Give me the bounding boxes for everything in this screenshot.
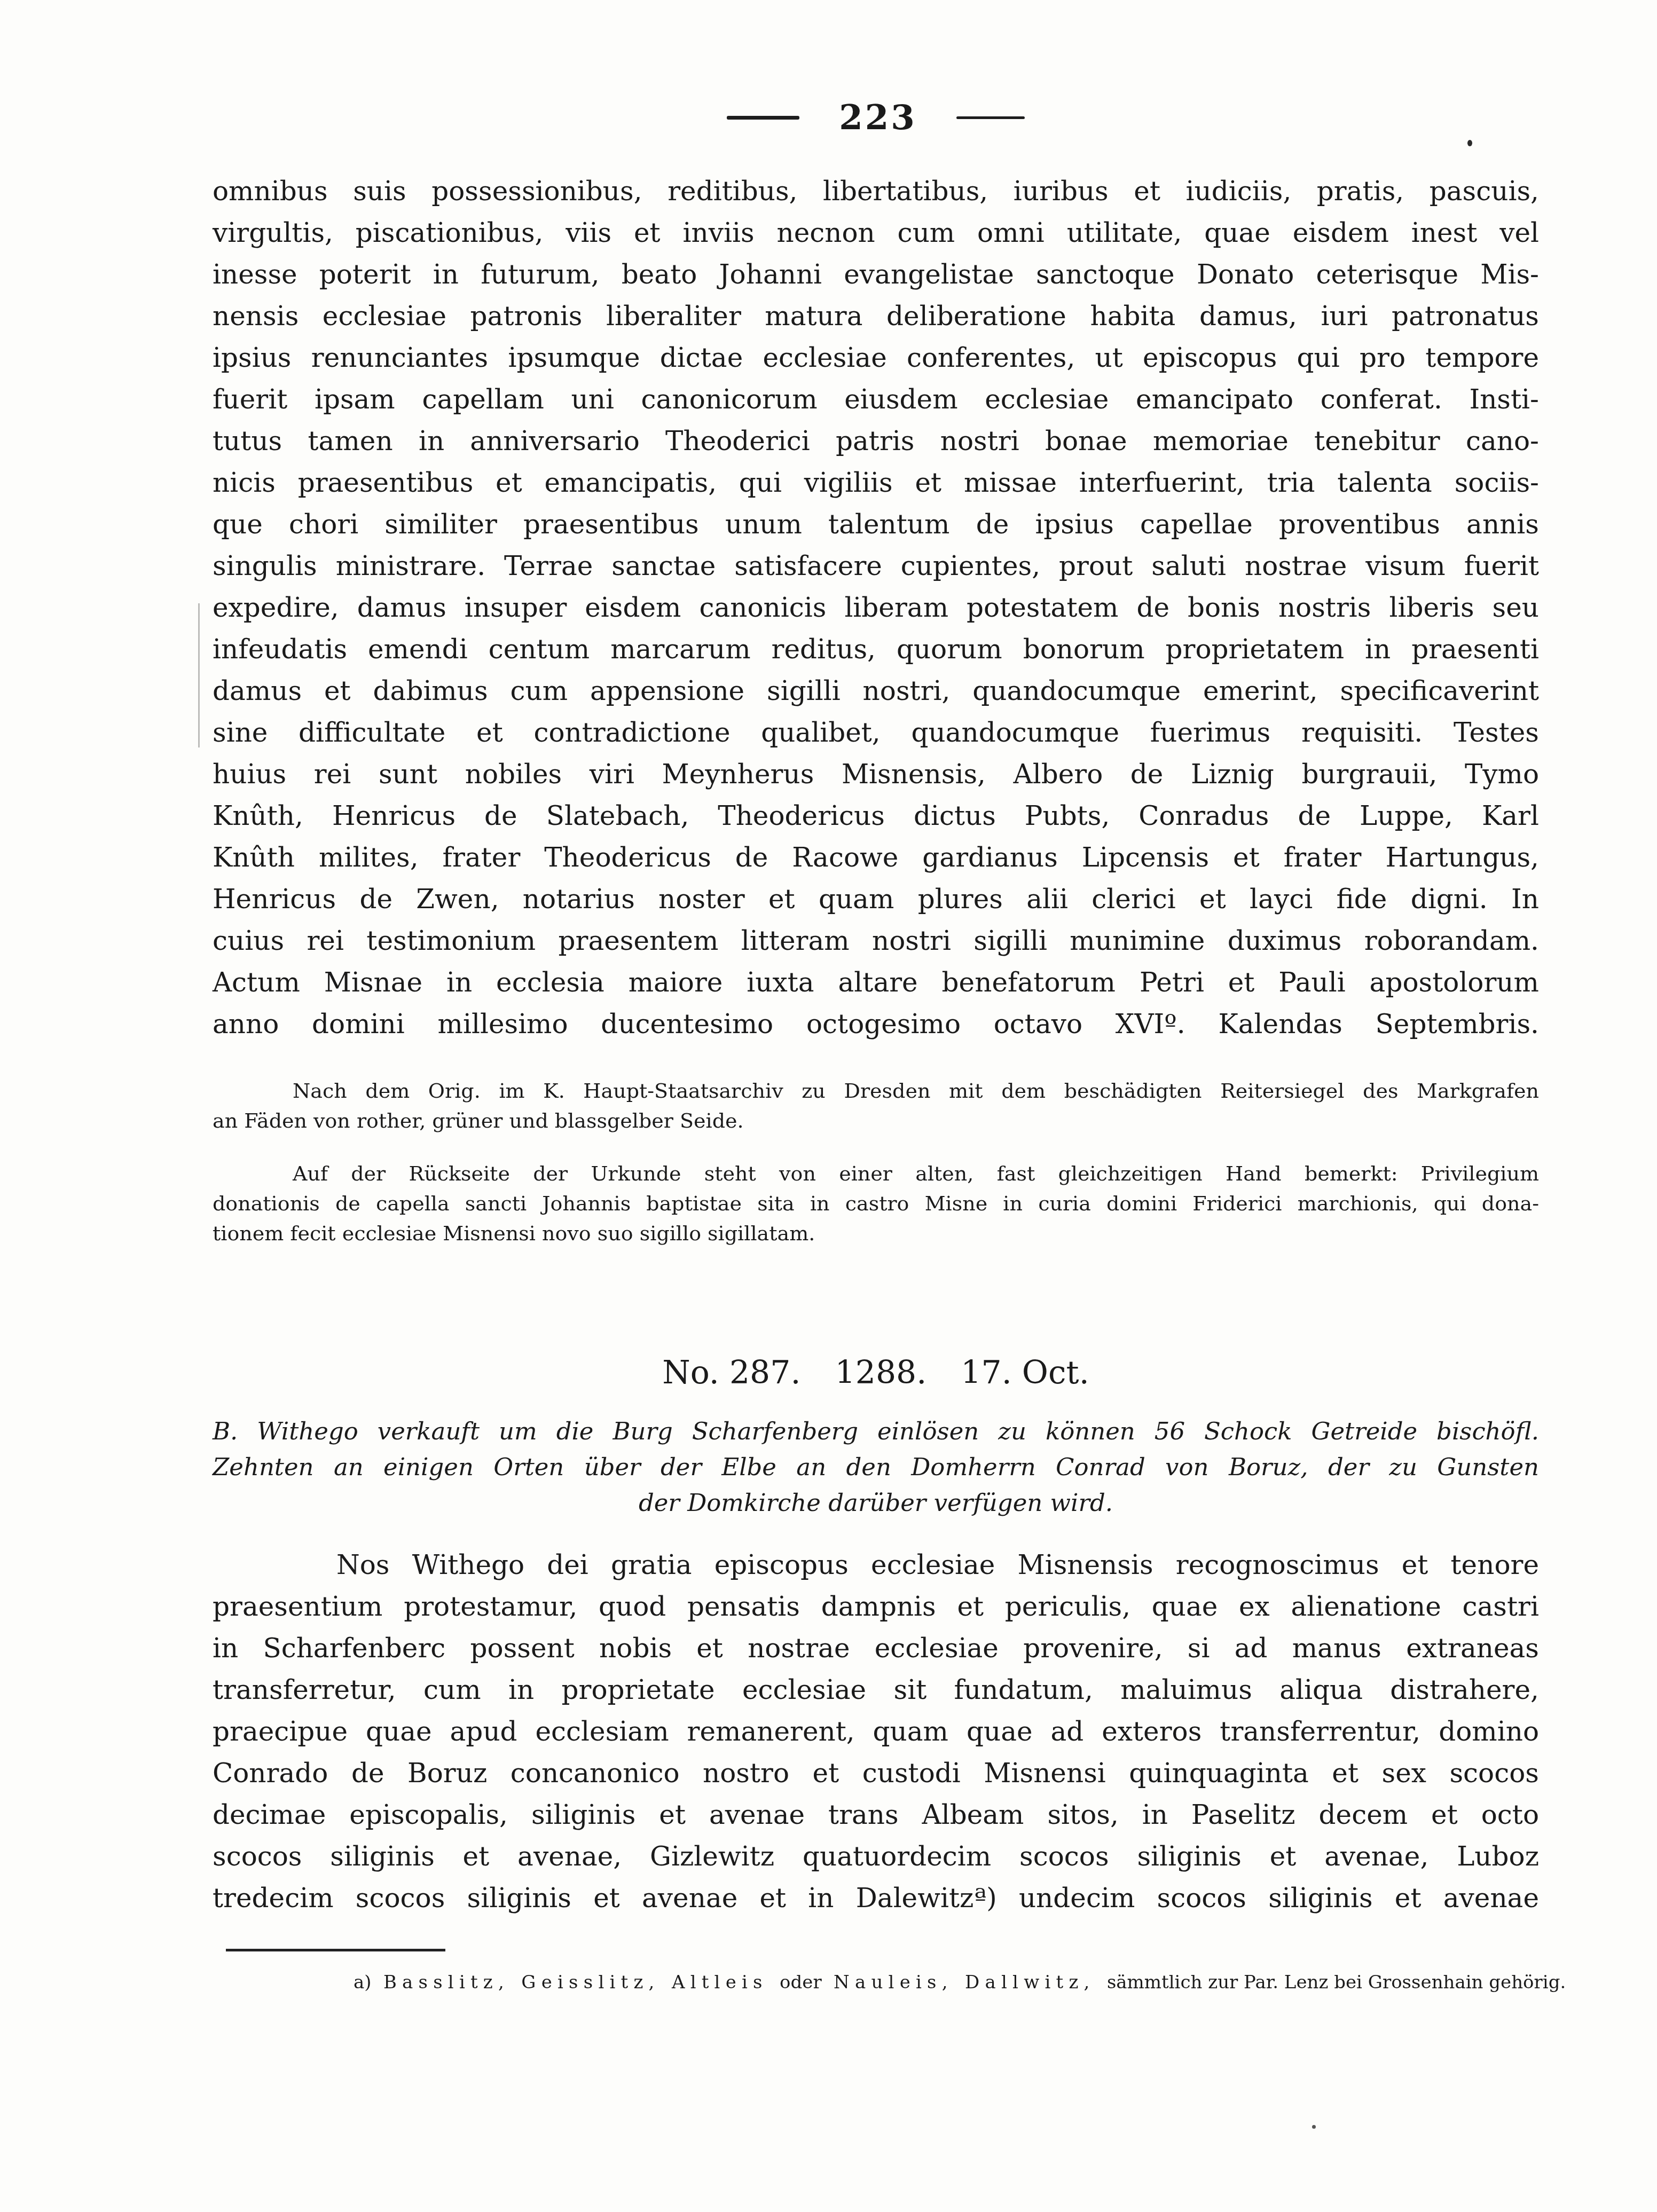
footnote: a) Basslitz, Geisslitz, Altleis oder Nau… — [213, 1970, 1657, 1995]
footnote-marker: a) — [354, 1972, 372, 1993]
entry-year: 1288. — [835, 1355, 927, 1390]
text-line: tredecim scocos siliginis et avenae et i… — [213, 1877, 1539, 1919]
text-line: damus et dabimus cum appensione sigilli … — [213, 670, 1539, 712]
text-line: omnibus suis possessionibus, reditibus, … — [213, 170, 1539, 212]
text-line: an Fäden von rother, grüner und blassgel… — [213, 1106, 1539, 1136]
text-line: Zehnten an einigen Orten über der Elbe a… — [213, 1449, 1539, 1485]
header-rule-right — [956, 116, 1025, 119]
entry-heading: No. 287. 1288. 17. Oct. — [213, 1355, 1539, 1390]
footnote-place-name: Dallwitz, — [965, 1972, 1095, 1993]
book-page: 223 omnibus suis possessionibus, reditib… — [0, 0, 1657, 2212]
text-line: virgultis, piscationibus, viis et inviis… — [213, 212, 1539, 254]
text-line: fuerit ipsam capellam uni canonicorum ei… — [213, 379, 1539, 420]
text-line: donationis de capella sancti Johannis ba… — [213, 1188, 1539, 1218]
footnote-place-name: Basslitz, — [383, 1972, 509, 1993]
charter-text-continuation: omnibus suis possessionibus, reditibus, … — [213, 170, 1539, 1045]
footnote-place-name: Nauleis, — [834, 1972, 953, 1993]
entry-number: No. 287. — [662, 1355, 800, 1390]
text-line: nicis praesentibus et emancipatis, qui v… — [213, 462, 1539, 503]
page-header: 223 — [213, 98, 1539, 137]
header-rule-left — [727, 116, 799, 120]
text-line: infeudatis emendi centum marcarum reditu… — [213, 628, 1539, 670]
text-line: scocos siliginis et avenae, Gizlewitz qu… — [213, 1836, 1539, 1877]
entry-charter-text: Nos Withego dei gratia episcopus ecclesi… — [213, 1544, 1539, 1919]
text-line: Nos Withego dei gratia episcopus ecclesi… — [213, 1544, 1539, 1586]
footnote-text: sämmtlich zur Par. Lenz bei Grossenhain … — [1107, 1972, 1566, 1993]
text-line: Knûth, Henricus de Slatebach, Theodericu… — [213, 795, 1539, 837]
text-line: expedire, damus insuper eisdem canonicis… — [213, 587, 1539, 628]
text-line: anno domini millesimo ducentesimo octoge… — [213, 1003, 1539, 1045]
entry-date: 17. Oct. — [961, 1355, 1089, 1390]
footnote-place-name: Altleis — [672, 1972, 768, 1993]
text-line: sine difficultate et contradictione qual… — [213, 712, 1539, 753]
footnote-text: oder — [780, 1972, 822, 1993]
text-line: decimae episcopalis, siliginis et avenae… — [213, 1794, 1539, 1836]
text-line: der Domkirche darüber verfügen wird. — [213, 1485, 1539, 1521]
footnote-separator — [226, 1949, 445, 1951]
source-note: Nach dem Orig. im K. Haupt-Staatsarchiv … — [213, 1076, 1539, 1136]
dorsal-note: Auf der Rückseite der Urkunde steht von … — [213, 1159, 1539, 1248]
text-line: huius rei sunt nobiles viri Meynherus Mi… — [213, 753, 1539, 795]
scan-artifact-dot — [1467, 140, 1472, 146]
text-line: Henricus de Zwen, notarius noster et qua… — [213, 878, 1539, 920]
footnote-place-name: Geisslitz, — [521, 1972, 659, 1993]
text-line: in Scharfenberc possent nobis et nostrae… — [213, 1627, 1539, 1669]
scan-artifact-scratch — [198, 603, 200, 747]
text-line: nensis ecclesiae patronis liberaliter ma… — [213, 295, 1539, 337]
text-line: cuius rei testimonium praesentem littera… — [213, 920, 1539, 962]
text-line: transferretur, cum in proprietate eccles… — [213, 1669, 1539, 1711]
text-line: tutus tamen in anniversario Theoderici p… — [213, 420, 1539, 462]
text-line: que chori similiter praesentibus unum ta… — [213, 503, 1539, 545]
text-line: B. Withego verkauft um die Burg Scharfen… — [213, 1413, 1539, 1449]
text-line: ipsius renunciantes ipsumque dictae eccl… — [213, 337, 1539, 379]
text-line: Auf der Rückseite der Urkunde steht von … — [213, 1159, 1539, 1188]
text-line: singulis ministrare. Terrae sanctae sati… — [213, 545, 1539, 587]
text-line: inesse poterit in futurum, beato Johanni… — [213, 254, 1539, 295]
text-line: Actum Misnae in ecclesia maiore iuxta al… — [213, 962, 1539, 1003]
entry-regest: B. Withego verkauft um die Burg Scharfen… — [213, 1413, 1539, 1521]
text-line: praesentium protestamur, quod pensatis d… — [213, 1586, 1539, 1627]
page-number: 223 — [839, 98, 917, 138]
scan-artifact-dot — [1312, 2125, 1316, 2129]
text-line: praecipue quae apud ecclesiam remanerent… — [213, 1711, 1539, 1752]
text-line: tionem fecit ecclesiae Misnensi novo suo… — [213, 1218, 1539, 1248]
text-line: Knûth milites, frater Theodericus de Rac… — [213, 837, 1539, 878]
text-line: Nach dem Orig. im K. Haupt-Staatsarchiv … — [213, 1076, 1539, 1106]
text-line: Conrado de Boruz concanonico nostro et c… — [213, 1752, 1539, 1794]
